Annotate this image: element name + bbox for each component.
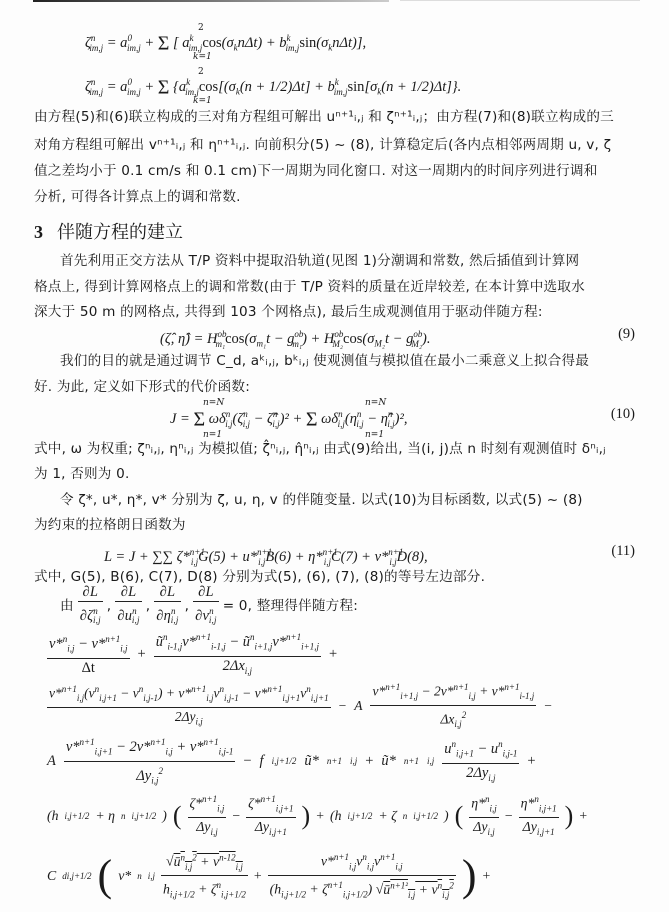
equation-number-10: (10): [611, 406, 635, 423]
sum-upper-2: 2: [198, 63, 204, 81]
paragraph-4-line-1: 式中, ω 为权重; ζⁿᵢ,ⱼ, ηⁿᵢ,ⱼ 为模拟值; ζ̂ⁿᵢ,ⱼ, η̂…: [34, 440, 634, 458]
adjoint-term-diffusion-y: v*n+1i,j+1 − 2v*n+1i,j + v*n+1i,j-1Δyi,j…: [64, 733, 235, 789]
adjoint-term-friction-2: v*n+1i,jvni,jvn+1i,j(hi,j+1/2 + ζn+1i,j+…: [268, 848, 456, 904]
paragraph-2-line-3: 深大于 50 m 的网格点, 共得到 103 个网格点), 最后生成观测值用于驱…: [34, 303, 634, 321]
equation-number-11: (11): [611, 543, 635, 560]
paragraph-3-line-1: 我们的目的就是通过调节 C_d, aᵏᵢ,ⱼ, bᵏᵢ,ⱼ 使观测值与模拟值在最…: [60, 352, 660, 370]
top-rule: [33, 0, 389, 2]
paragraph-1-line-3: 值之差均小于 0.1 cm/s 和 0.1 cm)下一周期为同化窗口. 对这一周…: [34, 162, 634, 180]
adjoint-line-5: Cdi,j+1/2( v*ni,j √ūni,j2 + vn-12i,jhi,j…: [47, 848, 490, 904]
paragraph-7: 由 ∂L∂ζni,j, ∂L∂uni,j, ∂L∂ηni,j, ∂L∂vni,j…: [60, 586, 660, 626]
adjoint-term-diffusion-x: v*n+1i+1,j − 2v*n+1i,j + v*n+1i-1,jΔxi,j…: [370, 678, 536, 733]
adjoint-term-advection-y: v*n+1i,j(vni,j+1 − vni,j-1) + v*n+1i,jvn…: [47, 680, 331, 731]
adjoint-term-u-gradient: uni,j+1 − uni,j-12Δyi,j: [442, 735, 519, 787]
paragraph-5-line-1: 令 ζ*, u*, η*, v* 分别为 ζ, u, η, v 的伴随变量. 以…: [60, 491, 660, 509]
adjoint-term-eta-2: η*ni,j+1Δyi,j+1: [519, 790, 559, 841]
equation-9: (ζ̂, η̂) = Hobm₁cos(σm₁t − gobm₁) + HobM…: [160, 325, 430, 353]
partial-L-zeta: ∂L∂ζni,j: [78, 583, 103, 630]
equation-number-9: (9): [618, 326, 635, 343]
adjoint-term-time: v*ni,j − v*n+1i,jΔt: [47, 630, 130, 677]
partial-L-u: ∂L∂uni,j: [115, 583, 141, 630]
adjoint-line-4: (hi,j+1/2 + ηni,j+1/2)( ζ*n+1i,jΔyi,j − …: [47, 790, 587, 841]
adjoint-line-3: A v*n+1i,j+1 − 2v*n+1i,j + v*n+1i,j-1Δyi…: [47, 733, 536, 789]
section-heading: 3伴随方程的建立: [34, 218, 183, 244]
paragraph-7-prefix: 由: [60, 597, 74, 615]
adjoint-line-1: v*ni,j − v*n+1i,jΔt + ũni-1,jv*n+1i-1,j …: [47, 628, 337, 680]
adjoint-term-zeta-1: ζ*n+1i,jΔyi,j: [188, 790, 227, 841]
partial-L-v: ∂L∂vni,j: [193, 583, 219, 630]
paragraph-7-suffix: = 0, 整理得伴随方程:: [223, 597, 358, 615]
paragraph-5-line-2: 为约束的拉格朗日函数为: [34, 516, 634, 534]
paragraph-4-line-2: 为 1, 否则为 0.: [34, 465, 634, 483]
adjoint-line-2: v*n+1i,j(vni,j+1 − vni,j-1) + v*n+1i,jvn…: [47, 678, 552, 733]
sum-upper-1: 2: [198, 19, 204, 37]
paragraph-1-line-4: 分析, 可得各计算点上的调和常数.: [34, 188, 634, 206]
adjoint-term-advection-x: ũni-1,jv*n+1i-1,j − ũni+1,jv*n+1i+1,j2Δx…: [154, 628, 321, 680]
paragraph-2-line-1: 首先利用正交方法从 T/P 资料中提取沿轨道(见图 1)分潮调和常数, 然后插值…: [60, 252, 660, 270]
sum-upper-10b: n=N: [365, 394, 386, 412]
equation-11: L = J + ∑∑ ζ*n+1i,jG(5) + u*n+1i,jB(6) +…: [104, 543, 428, 571]
paragraph-3-line-2: 好. 为此, 定义如下形式的代价函数:: [34, 378, 634, 396]
partial-L-eta: ∂L∂ηni,j: [154, 583, 180, 630]
equation-zeta-1: ζnim,j = a0im,j + Σ [ akim,jcos(σknΔt) +…: [85, 29, 366, 57]
paragraph-1-line-1: 由方程(5)和(6)联立构成的三对角方程组可解出 uⁿ⁺¹ᵢ,ⱼ 和 ζⁿ⁺¹ᵢ…: [34, 108, 634, 126]
top-rule-faint: [400, 0, 640, 1]
paragraph-1-line-2: 对角方程组可解出 vⁿ⁺¹ᵢ,ⱼ 和 ηⁿ⁺¹ᵢ,ⱼ. 向前积分(5) ~ (8…: [34, 136, 634, 154]
section-title: 伴随方程的建立: [57, 222, 183, 243]
equation-zeta-2: ζnim,j = a0im,j + Σ {akim,jcos[(σk(n + 1…: [85, 73, 461, 101]
paragraph-2-line-2: 格点上, 得到计算网格点上的调和常数(由于 T/P 资料的质量在近岸较差, 在本…: [34, 278, 634, 296]
section-number: 3: [34, 222, 43, 242]
sum-upper-10a: n=N: [203, 394, 224, 412]
adjoint-term-eta-1: η*ni,jΔyi,j: [469, 790, 499, 841]
adjoint-term-zeta-2: ζ*n+1i,j+1Δyi,j+1: [246, 790, 295, 841]
adjoint-term-friction-1: √ūni,j2 + vn-12i,jhi,j+1/2 + ζni,j+1/2: [161, 848, 248, 904]
